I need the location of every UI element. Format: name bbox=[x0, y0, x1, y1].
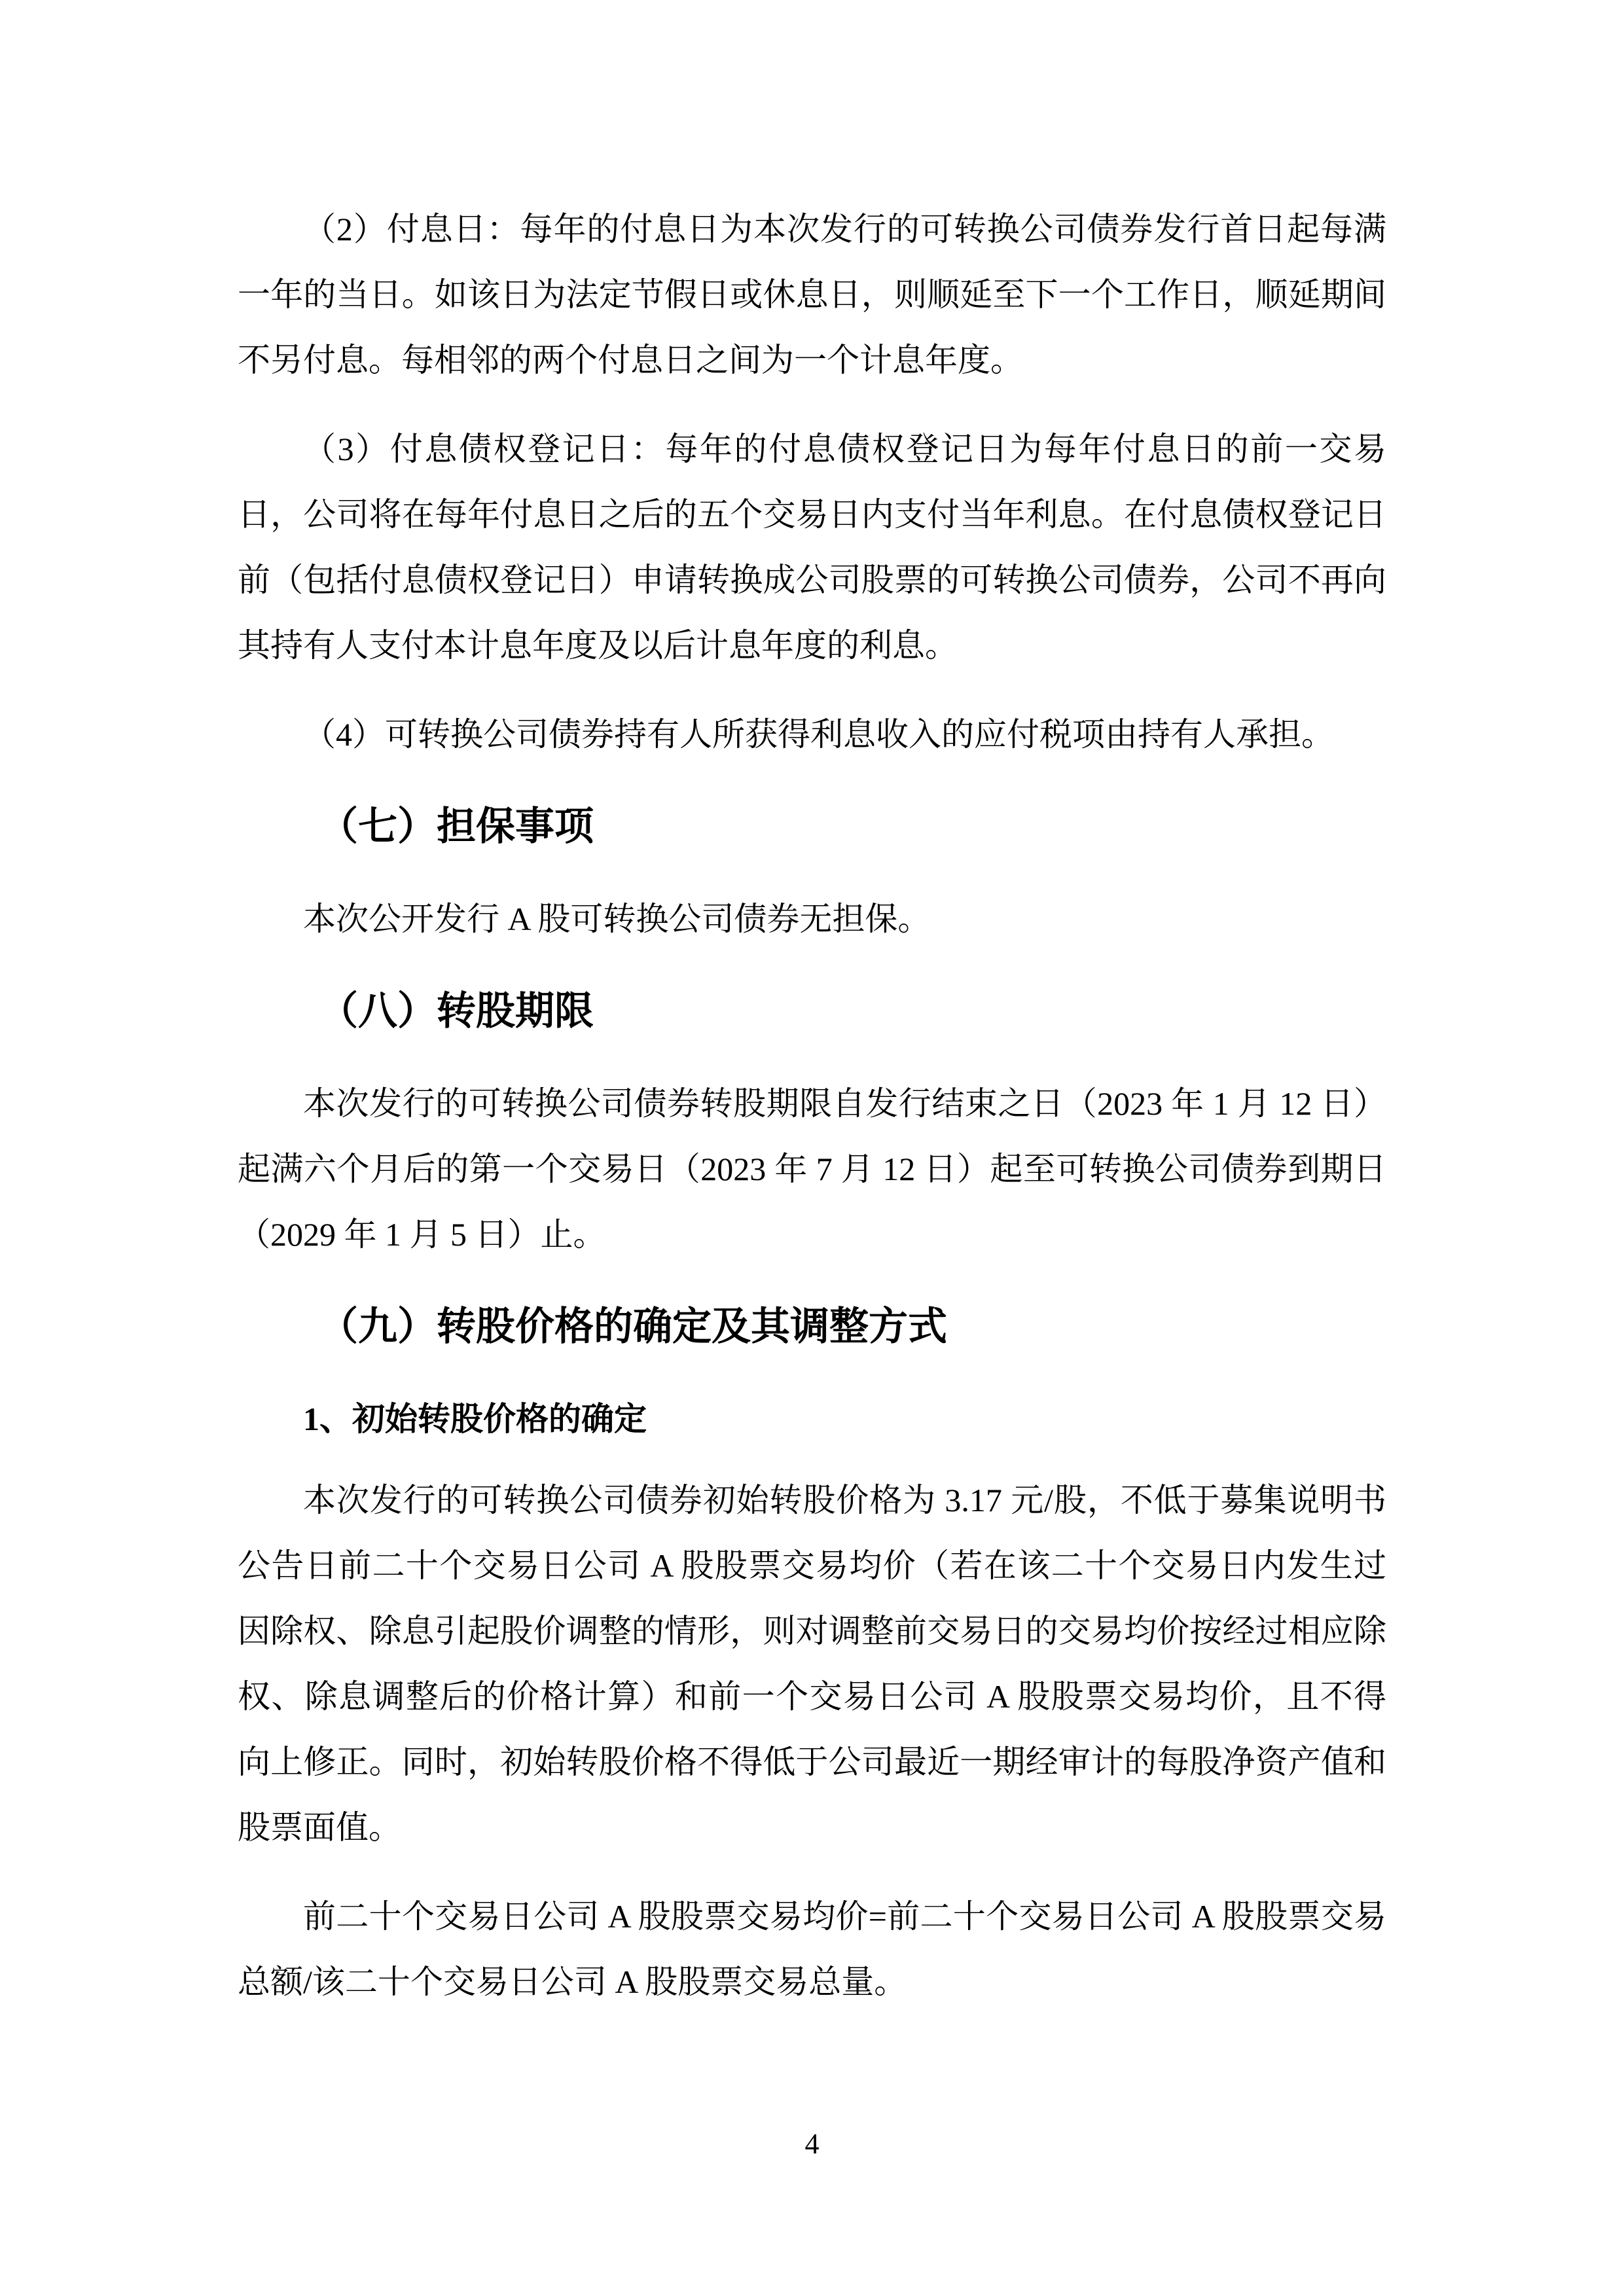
paragraph-interest-tax: （4）可转换公司债券持有人所获得利息收入的应付税项由持有人承担。 bbox=[238, 702, 1386, 767]
section-heading-conversion-period: （八）转股期限 bbox=[238, 975, 1386, 1047]
paragraph-no-guarantee: 本次公开发行 A 股可转换公司债券无担保。 bbox=[238, 886, 1386, 952]
section-heading-conversion-price: （九）转股价格的确定及其调整方式 bbox=[238, 1291, 1386, 1363]
paragraph-interest-payment-date: （2）付息日：每年的付息日为本次发行的可转换公司债券发行首日起每满一年的当日。如… bbox=[238, 196, 1386, 393]
subheading-initial-conversion-price: 1、初始转股价格的确定 bbox=[238, 1386, 1386, 1452]
page-number: 4 bbox=[0, 2125, 1624, 2164]
document-page: （2）付息日：每年的付息日为本次发行的可转换公司债券发行首日起每满一年的当日。如… bbox=[0, 0, 1624, 2296]
paragraph-conversion-period: 本次发行的可转换公司债券转股期限自发行结束之日（2023 年 1 月 12 日）… bbox=[238, 1071, 1386, 1267]
paragraph-average-price-formula: 前二十个交易日公司 A 股股票交易均价=前二十个交易日公司 A 股股票交易总额/… bbox=[238, 1884, 1386, 2015]
paragraph-initial-conversion-price: 本次发行的可转换公司债券初始转股价格为 3.17 元/股，不低于募集说明书公告日… bbox=[238, 1467, 1386, 1860]
paragraph-interest-record-date: （3）付息债权登记日：每年的付息债权登记日为每年付息日的前一交易日，公司将在每年… bbox=[238, 416, 1386, 678]
section-heading-guarantee: （七）担保事项 bbox=[238, 791, 1386, 863]
page-body: （2）付息日：每年的付息日为本次发行的可转换公司债券发行首日起每满一年的当日。如… bbox=[238, 196, 1386, 2038]
